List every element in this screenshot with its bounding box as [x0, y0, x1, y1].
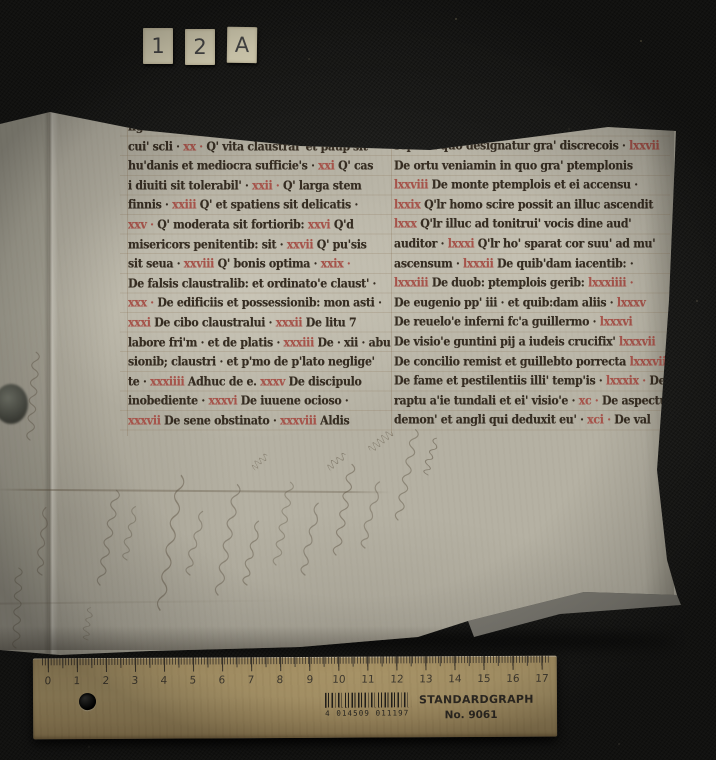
- reference-tile: A: [227, 27, 257, 63]
- ruler-number: 5: [190, 675, 197, 687]
- ruler-hanging-hole: [79, 693, 96, 710]
- ruler-number: 9: [306, 674, 313, 686]
- ruler-number: 0: [44, 675, 51, 687]
- ruler-number: 14: [448, 673, 462, 685]
- ruler-number: 8: [277, 674, 284, 686]
- wooden-ruler: 01234567891011121314151617 4 014509 0111…: [33, 656, 557, 740]
- dust-specks: [8, 8, 10, 10]
- barcode-bars: [325, 692, 411, 707]
- ruler-number: 4: [161, 675, 168, 687]
- ruler-number: 13: [419, 673, 433, 685]
- ruler-brand-name: STANDARDGRAPH: [419, 693, 523, 707]
- ruler-number: 16: [506, 673, 520, 685]
- ruler-number: 2: [102, 675, 109, 687]
- ruler-number: 7: [248, 674, 255, 686]
- ruler-number: 15: [477, 673, 491, 685]
- barcode-digits: 4 014509 011197: [325, 708, 411, 717]
- ruler-number: 3: [131, 675, 138, 687]
- ruler-number: 10: [332, 674, 346, 686]
- ruler-number: 6: [219, 674, 226, 686]
- ruler-number: 11: [361, 674, 375, 686]
- ruler-barcode: 4 014509 011197: [325, 692, 411, 717]
- ruler-number: 12: [390, 673, 404, 685]
- ink-text: De humilitate humil' i p': [207, 119, 350, 133]
- reference-tile: 2: [185, 29, 215, 65]
- reference-tiles: 12A: [143, 28, 257, 65]
- ruler-number: 1: [73, 675, 80, 687]
- reference-tile: 1: [143, 28, 173, 64]
- rubric-text: xix: [187, 119, 207, 133]
- ruler-brand-block: STANDARDGRAPH No. 9061: [419, 693, 523, 722]
- ruler-model-number: No. 9061: [419, 709, 523, 722]
- ruler-number: 17: [535, 673, 549, 685]
- ruler-scale-numbers: 01234567891011121314151617: [33, 656, 557, 691]
- manuscript-photo-scene: ligiane ili xix De humilitate humil' i p…: [0, 0, 716, 760]
